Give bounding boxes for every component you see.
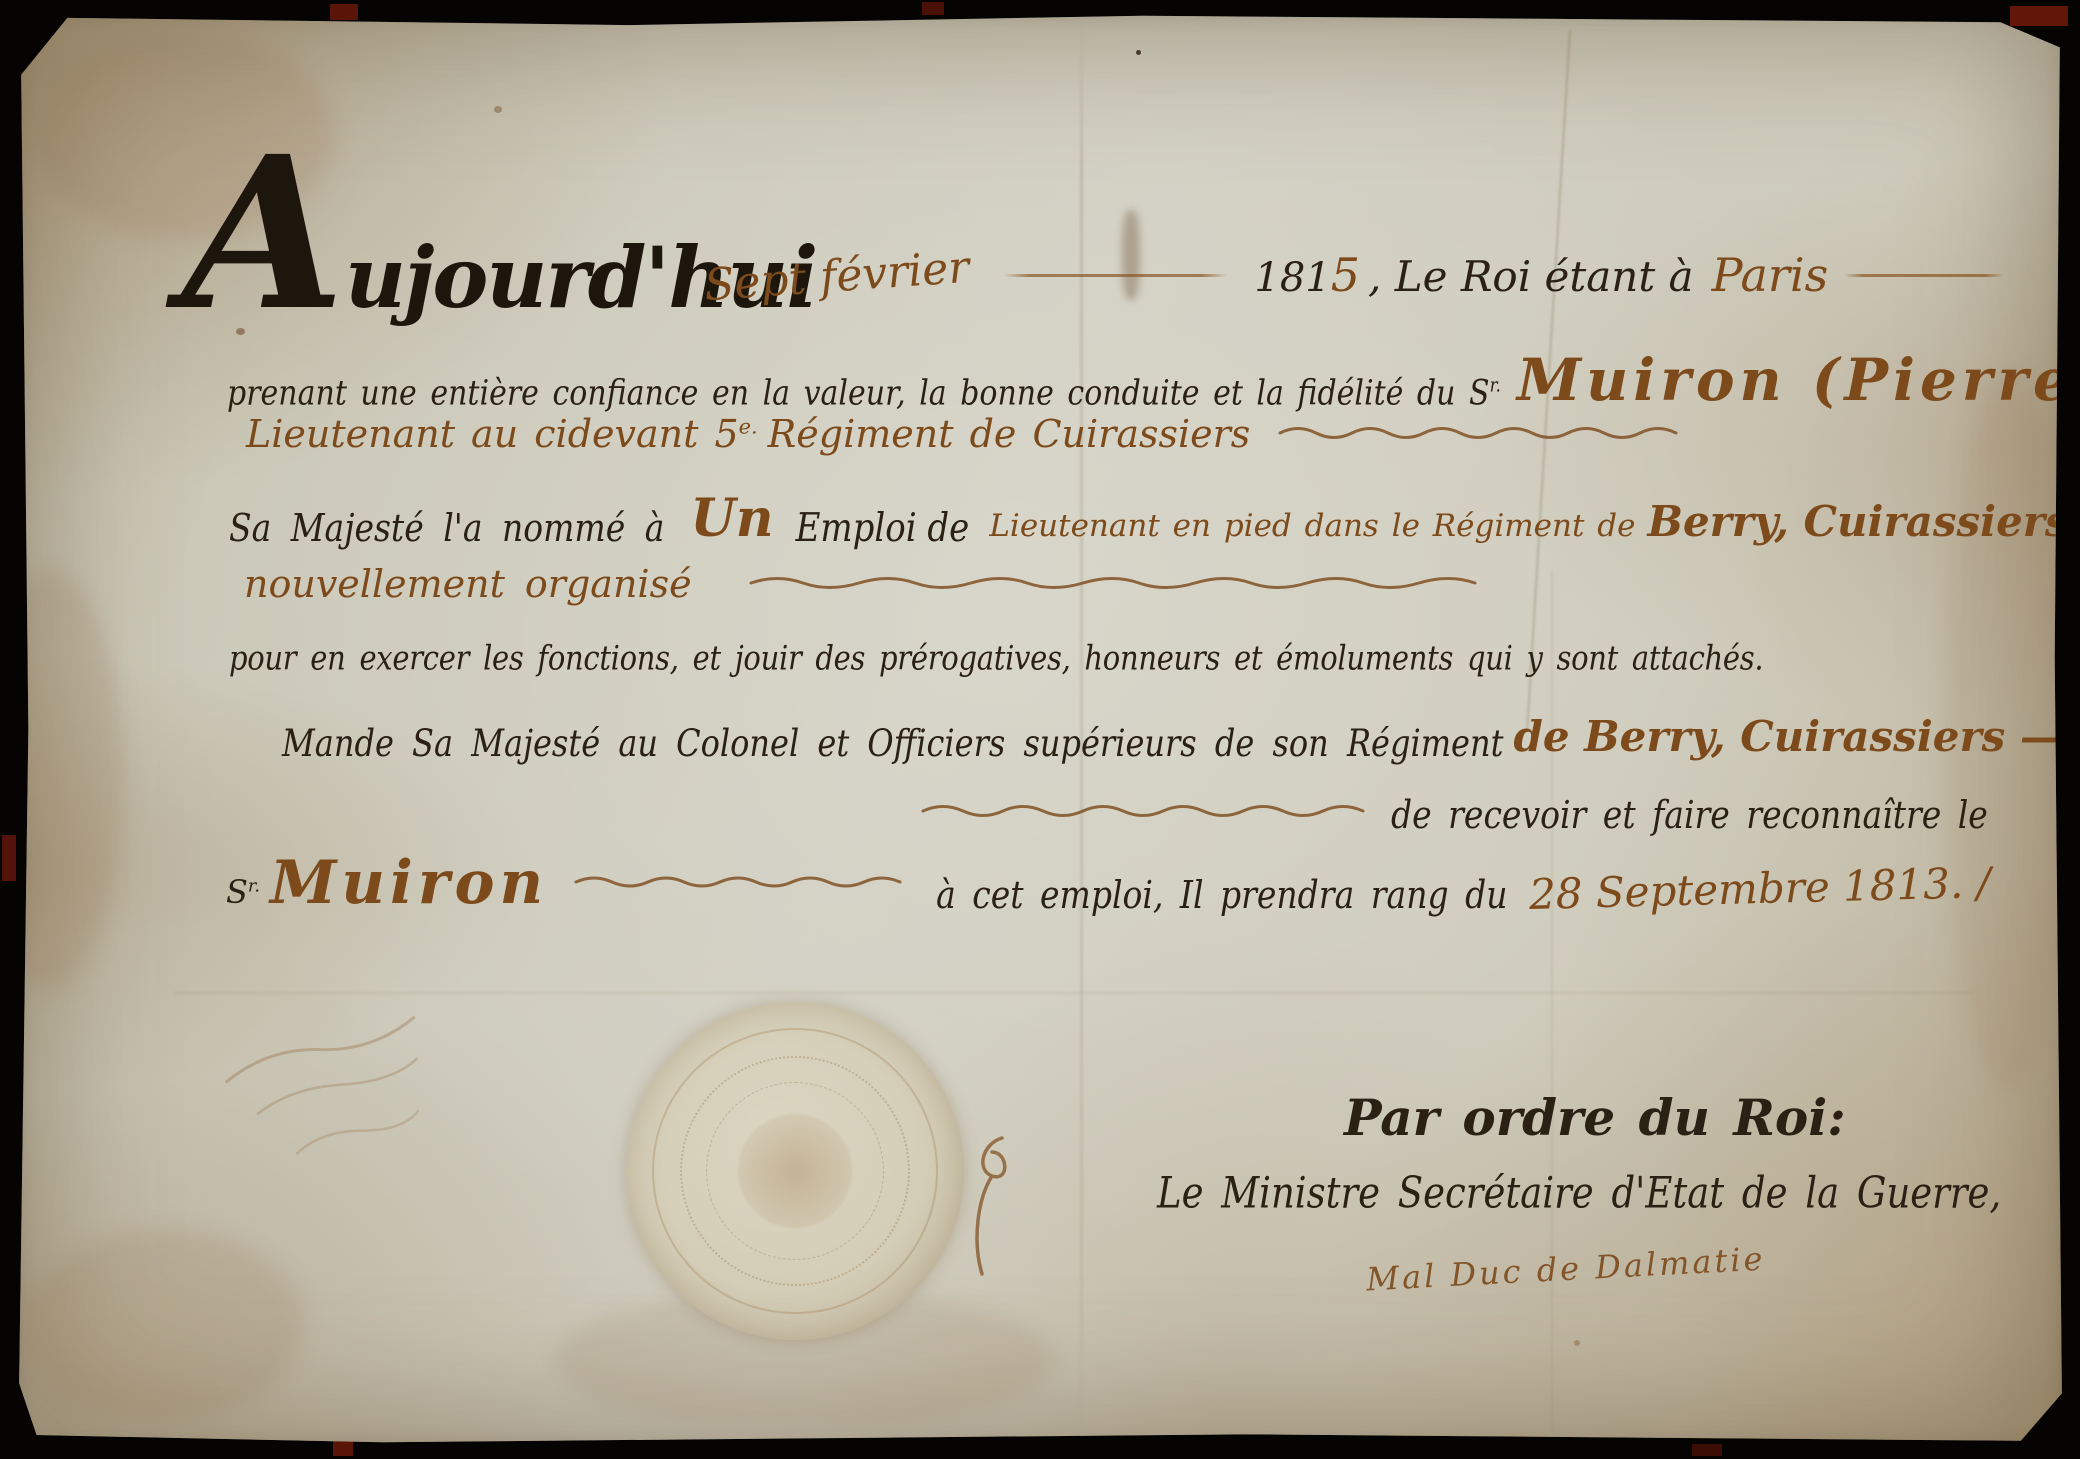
body-text: prenant une entière confiance en la vale… xyxy=(227,373,1501,414)
ink-squiggle xyxy=(1276,422,1696,446)
parchment-page: Aujourd'hui Sept février 1815 , Le Roi é… xyxy=(14,10,2066,1448)
filled-date: Sept février xyxy=(703,242,971,311)
speck xyxy=(1136,50,1141,55)
speck xyxy=(1574,1340,1580,1346)
body-text: Sa Majesté l'a nommé à xyxy=(229,505,664,550)
filled-regiment: Berry, Cuirassiers, xyxy=(1647,497,2080,546)
border-mark xyxy=(2,835,16,881)
ink-squiggle xyxy=(572,871,912,895)
ink-squiggle xyxy=(747,572,1507,596)
ink-squiggle xyxy=(919,800,1369,824)
par-ordre-du-roi: Par ordre du Roi: xyxy=(1344,1088,1846,1147)
filled-organise: nouvellement organisé xyxy=(244,562,692,606)
border-mark xyxy=(330,4,358,20)
ink-rule xyxy=(1844,274,2004,277)
ministre-line: Le Ministre Secrétaire d'Etat de la Guer… xyxy=(1157,1168,2001,1218)
margin-scribble xyxy=(207,983,497,1247)
filled-year-digit: 5 xyxy=(1331,248,1360,302)
filled-rank-date: 28 Septembre 1813. / xyxy=(1529,858,1992,919)
filled-name-full: Muiron (Pierre) xyxy=(1517,346,2080,414)
stain xyxy=(0,570,124,990)
body-text: pour en exercer les fonctions, et jouir … xyxy=(229,638,1763,677)
filled-regiment-2: de Berry, Cuirassiers — xyxy=(1513,712,2061,761)
roi-phrase: , Le Roi étant à xyxy=(1368,252,1694,301)
filled-place: Paris xyxy=(1712,248,1829,302)
body-text: de recevoir et faire reconnaître le xyxy=(1391,792,1988,837)
filled-new-rank: Lieutenant en pied dans le Régiment de xyxy=(989,508,1635,544)
body-text: à cet emploi, Il prendra rang du xyxy=(936,872,1507,917)
printed-year: 1815 xyxy=(1254,248,1360,302)
border-mark xyxy=(2010,6,2068,26)
fold-crease-vertical xyxy=(1551,570,1553,1430)
body-text: Mande Sa Majesté au Colonel et Officiers… xyxy=(282,721,1503,765)
fold-crease-horizontal xyxy=(174,992,1974,994)
minister-signature: Mal Duc de Dalmatie xyxy=(1365,1240,1766,1299)
border-mark xyxy=(333,1440,353,1456)
body-text: Sr. xyxy=(226,873,260,911)
ink-flourish xyxy=(952,1132,1026,1282)
filled-former-unit: Lieutenant au cidevant 5e.Régiment de Cu… xyxy=(246,412,1250,456)
border-mark xyxy=(1692,1444,1722,1456)
stain xyxy=(24,1230,304,1420)
seal-center-mark xyxy=(738,1114,852,1228)
heading-initial: A xyxy=(182,150,345,318)
border-mark xyxy=(922,2,944,15)
filled-name: Muiron xyxy=(270,848,548,918)
filled-un: Un xyxy=(690,488,773,549)
speck xyxy=(494,106,502,113)
embossed-seal xyxy=(626,1002,964,1340)
scanned-document: Aujourd'hui Sept février 1815 , Le Roi é… xyxy=(0,0,2080,1459)
ink-rule xyxy=(1003,274,1228,277)
body-text: Emploi de xyxy=(796,505,970,551)
